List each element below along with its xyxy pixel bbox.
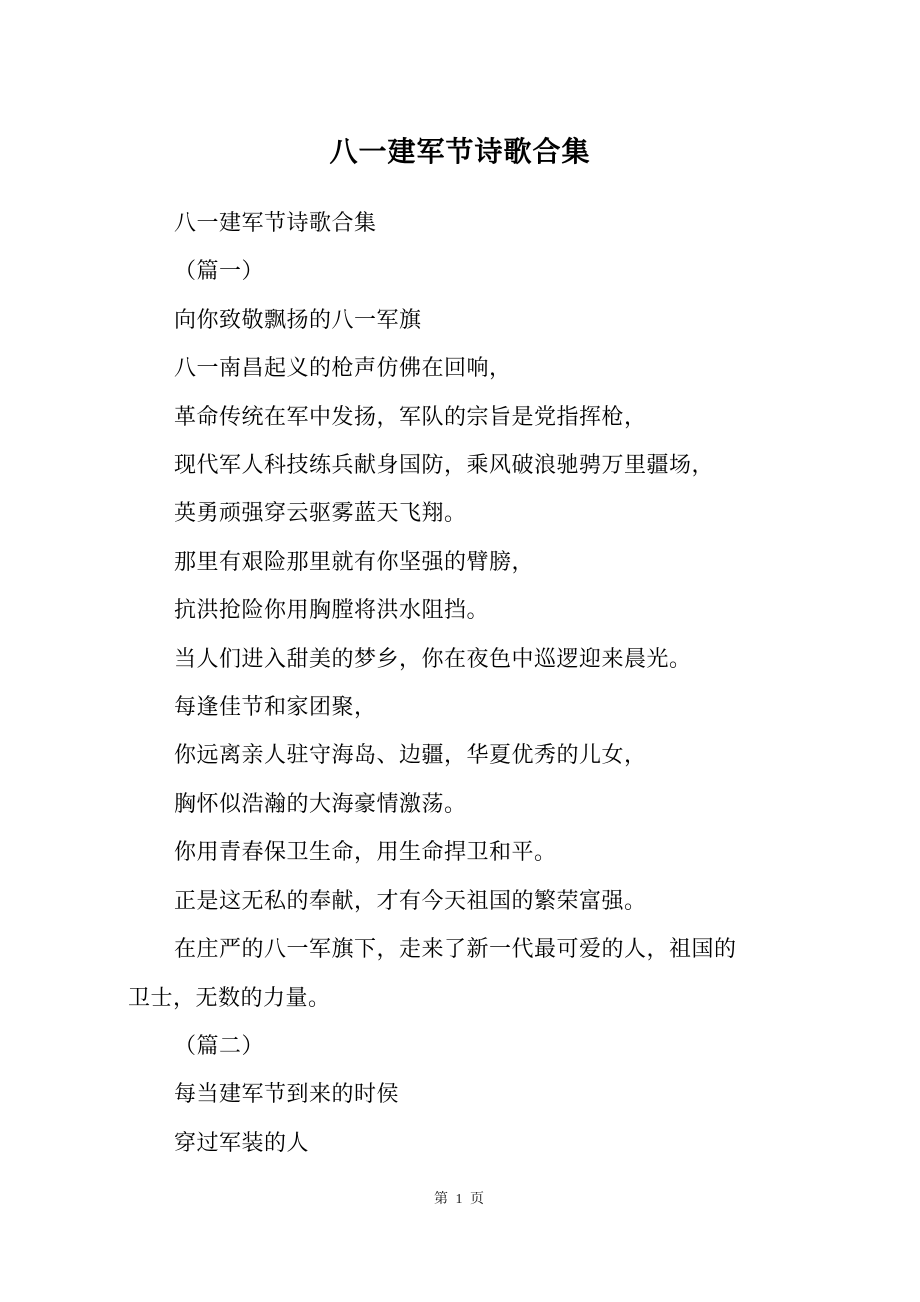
poem-line: 在庄严的八一军旗下，走来了新一代最可爱的人，祖国的 [128,925,792,973]
poem-line: 抗洪抢险你用胸膛将洪水阻挡。 [128,586,792,634]
document-page: 八一建军节诗歌合集 八一建军节诗歌合集 （篇一） 向你致敬飘扬的八一军旗 八一南… [0,0,920,1302]
poem-line: 八一南昌起义的枪声仿佛在回响， [128,344,792,392]
poem-section-label: （篇二） [128,1022,792,1070]
poem-line: 当人们进入甜美的梦乡，你在夜色中巡逻迎来晨光。 [128,635,792,683]
poem-line: 英勇顽强穿云驱雾蓝天飞翔。 [128,489,792,537]
poem-line: 每逢佳节和家团聚， [128,683,792,731]
poem-line: 穿过军装的人 [128,1119,792,1167]
poem-section-label: （篇一） [128,247,792,295]
poem-line-continuation: 卫士，无数的力量。 [128,974,792,1022]
poem-line: 向你致敬飘扬的八一军旗 [128,296,792,344]
poem-line: 那里有艰险那里就有你坚强的臂膀， [128,538,792,586]
poem-line: 八一建军节诗歌合集 [128,199,792,247]
poem-line: 正是这无私的奉献，才有今天祖国的繁荣富强。 [128,877,792,925]
poem-body: 八一建军节诗歌合集 （篇一） 向你致敬飘扬的八一军旗 八一南昌起义的枪声仿佛在回… [128,199,792,1167]
page-footer: 第 1 页 [0,1190,920,1210]
document-title: 八一建军节诗歌合集 [0,134,920,170]
poem-line: 每当建军节到来的时侯 [128,1070,792,1118]
page-number: 第 1 页 [434,1192,486,1207]
poem-line: 革命传统在军中发扬，军队的宗旨是党指挥枪， [128,393,792,441]
poem-line: 胸怀似浩瀚的大海豪情激荡。 [128,780,792,828]
poem-line: 你用青春保卫生命，用生命捍卫和平。 [128,828,792,876]
poem-line: 现代军人科技练兵献身国防，乘风破浪驰骋万里疆场， [128,441,792,489]
poem-line: 你远离亲人驻守海岛、边疆，华夏优秀的儿女， [128,731,792,779]
